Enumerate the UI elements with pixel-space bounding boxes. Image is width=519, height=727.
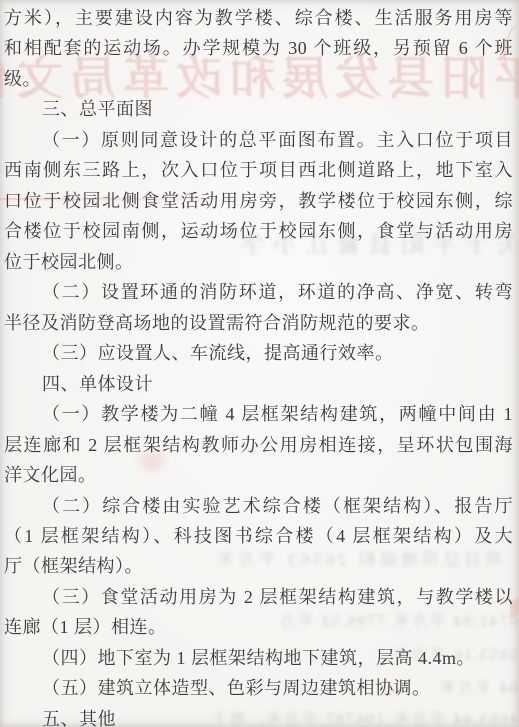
text-line: 洋文化园。 <box>4 460 513 490</box>
text-line: 厅（框架结构）。 <box>4 551 513 581</box>
text-line: （三）食堂活动用房为 2 层框架结构建筑，与教学楼以 <box>4 582 513 612</box>
text-line: 合楼位于校园南侧，运动场位于校园东侧，食堂与活动用房 <box>4 216 513 246</box>
text-line: （一）原则同意设计的总平面图布置。主入口位于项目 <box>4 125 513 155</box>
text-line: （五）建筑立体造型、色彩与周边建筑相协调。 <box>4 673 513 703</box>
text-line: （1 层框架结构）、科技图书综合楼（4 层框架结构）及大 <box>4 521 513 551</box>
text-line: 层连廊和 2 层框架结构教师办公用房相连接，呈环状包围海 <box>4 430 513 460</box>
text-line: 和相配套的运动场。办学规模为 30 个班级，另预留 6 个班 <box>4 33 513 63</box>
text-line: （二）设置环通的消防环道，环道的净高、净宽、转弯 <box>4 277 513 307</box>
text-line: 口位于校园北侧食堂活动用房旁，教学楼位于校园东侧，综 <box>4 186 513 216</box>
text-line: 半径及消防登高场地的设置需符合消防规范的要求。 <box>4 308 513 338</box>
text-line: 级。 <box>4 64 513 94</box>
text-line: 西南侧东三路上，次入口位于项目西北侧道路上，地下室入 <box>4 155 513 185</box>
text-line: （三）应设置人、车流线，提高通行效率。 <box>4 338 513 368</box>
text-line: 四、单体设计 <box>4 369 513 399</box>
text-line: （一）教学楼为二幢 4 层框架结构建筑，两幢中间由 1 <box>4 399 513 429</box>
text-line: （二）综合楼由实验艺术综合楼（框架结构）、报告厅 <box>4 491 513 521</box>
text-line: 连廊（1 层）相连。 <box>4 612 513 642</box>
document-lines: 方米），主要建设内容为教学楼、综合楼、生活服务用房等和相配套的运动场。办学规模为… <box>4 3 513 727</box>
text-line: 方米），主要建设内容为教学楼、综合楼、生活服务用房等 <box>4 3 513 33</box>
text-line: （四）地下室为 1 层框架结构地下建筑，层高 4.4m。 <box>4 643 513 673</box>
scanned-document-page: 平阳县发展和改革局文件 关于平阳县鳌江小学项目总用地面积 26563 平方米67… <box>0 0 519 727</box>
text-line: 三、总平面图 <box>4 94 513 124</box>
text-line: 五、其他 <box>4 704 513 727</box>
text-line: 位于校园北侧。 <box>4 247 513 277</box>
